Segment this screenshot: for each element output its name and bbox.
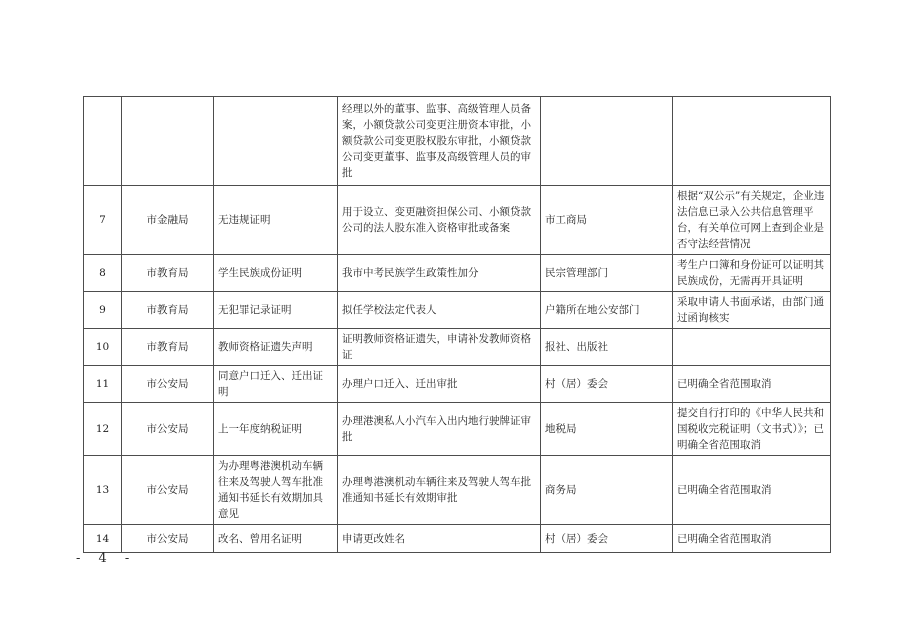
cell-department: 市公安局 — [122, 366, 214, 403]
cell-department — [122, 97, 214, 186]
cell-certificate: 无违规证明 — [214, 186, 338, 255]
cell-no: 7 — [84, 186, 122, 255]
table-row: 8 市教育局 学生民族成份证明 我市中考民族学生政策性加分 民宗管理部门 考生户… — [84, 255, 831, 292]
cell-no: 11 — [84, 366, 122, 403]
cell-purpose: 申请更改姓名 — [338, 525, 541, 553]
cell-certificate: 学生民族成份证明 — [214, 255, 338, 292]
cell-department: 市公安局 — [122, 403, 214, 456]
cell-certificate — [214, 97, 338, 186]
cell-certificate: 教师资格证遗失声明 — [214, 329, 338, 366]
cell-issuer: 民宗管理部门 — [541, 255, 673, 292]
cell-no: 14 — [84, 525, 122, 553]
cell-purpose: 拟任学校法定代表人 — [338, 292, 541, 329]
cell-certificate: 同意户口迁入、迁出证明 — [214, 366, 338, 403]
table-row: 11 市公安局 同意户口迁入、迁出证明 办理户口迁入、迁出审批 村（居）委会 已… — [84, 366, 831, 403]
cell-remarks — [673, 329, 831, 366]
cell-remarks: 已明确全省范围取消 — [673, 366, 831, 403]
cell-issuer: 市工商局 — [541, 186, 673, 255]
table-row: 9 市教育局 无犯罪记录证明 拟任学校法定代表人 户籍所在地公安部门 采取申请人… — [84, 292, 831, 329]
cell-purpose: 我市中考民族学生政策性加分 — [338, 255, 541, 292]
cell-issuer: 村（居）委会 — [541, 366, 673, 403]
cell-remarks: 根据“双公示”有关规定，企业违法信息已录入公共信息管理平台，有关单位可网上查到企… — [673, 186, 831, 255]
cell-purpose: 办理港澳私人小汽车入出内地行驶牌证审批 — [338, 403, 541, 456]
cell-purpose: 办理粤港澳机动车辆往来及驾驶人驾车批准通知书延长有效期审批 — [338, 456, 541, 525]
cell-remarks: 提交自行打印的《中华人民共和国税收完税证明（文书式）》；已明确全省范围取消 — [673, 403, 831, 456]
cell-department: 市教育局 — [122, 329, 214, 366]
table-row: 12 市公安局 上一年度纳税证明 办理港澳私人小汽车入出内地行驶牌证审批 地税局… — [84, 403, 831, 456]
cell-remarks: 已明确全省范围取消 — [673, 456, 831, 525]
table-row: 经理以外的董事、监事、高级管理人员备案，小额贷款公司变更注册资本审批，小额贷款公… — [84, 97, 831, 186]
cell-department: 市教育局 — [122, 255, 214, 292]
cell-remarks: 考生户口簿和身份证可以证明其民族成份，无需再开具证明 — [673, 255, 831, 292]
certificates-table: 经理以外的董事、监事、高级管理人员备案，小额贷款公司变更注册资本审批，小额贷款公… — [83, 96, 831, 553]
cell-issuer: 户籍所在地公安部门 — [541, 292, 673, 329]
cell-issuer: 报社、出版社 — [541, 329, 673, 366]
table-row: 7 市金融局 无违规证明 用于设立、变更融资担保公司、小额贷款公司的法人股东准入… — [84, 186, 831, 255]
cell-no: 10 — [84, 329, 122, 366]
table-row: 10 市教育局 教师资格证遗失声明 证明教师资格证遗失，申请补发教师资格证 报社… — [84, 329, 831, 366]
table-row: 13 市公安局 为办理粤港澳机动车辆往来及驾驶人驾车批准通知书延长有效期加具意见… — [84, 456, 831, 525]
table-row: 14 市公安局 改名、曾用名证明 申请更改姓名 村（居）委会 已明确全省范围取消 — [84, 525, 831, 553]
cell-purpose: 用于设立、变更融资担保公司、小额贷款公司的法人股东准入资格审批或备案 — [338, 186, 541, 255]
cell-no: 9 — [84, 292, 122, 329]
cell-certificate: 无犯罪记录证明 — [214, 292, 338, 329]
cell-no: 13 — [84, 456, 122, 525]
cell-remarks: 采取申请人书面承诺，由部门通过函询核实 — [673, 292, 831, 329]
cell-department: 市教育局 — [122, 292, 214, 329]
cell-remarks: 已明确全省范围取消 — [673, 525, 831, 553]
cell-no: 8 — [84, 255, 122, 292]
cell-department: 市公安局 — [122, 456, 214, 525]
page-number: - 4 - — [76, 551, 136, 566]
cell-issuer: 地税局 — [541, 403, 673, 456]
cell-issuer: 商务局 — [541, 456, 673, 525]
cell-purpose: 证明教师资格证遗失，申请补发教师资格证 — [338, 329, 541, 366]
cell-no — [84, 97, 122, 186]
cell-no: 12 — [84, 403, 122, 456]
document-page: { "document": { "table": { "rows": [ { "… — [0, 0, 900, 636]
cell-purpose: 经理以外的董事、监事、高级管理人员备案，小额贷款公司变更注册资本审批，小额贷款公… — [338, 97, 541, 186]
cell-certificate: 为办理粤港澳机动车辆往来及驾驶人驾车批准通知书延长有效期加具意见 — [214, 456, 338, 525]
cell-certificate: 改名、曾用名证明 — [214, 525, 338, 553]
cell-certificate: 上一年度纳税证明 — [214, 403, 338, 456]
cell-department: 市金融局 — [122, 186, 214, 255]
cell-purpose: 办理户口迁入、迁出审批 — [338, 366, 541, 403]
cell-remarks — [673, 97, 831, 186]
cell-issuer — [541, 97, 673, 186]
cell-department: 市公安局 — [122, 525, 214, 553]
cell-issuer: 村（居）委会 — [541, 525, 673, 553]
